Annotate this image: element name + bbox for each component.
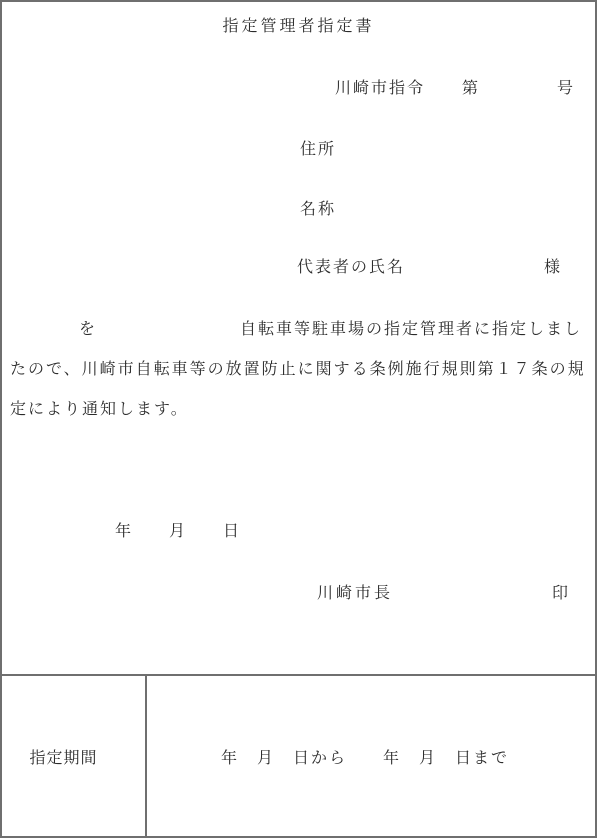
period-value-cell: 年 月 日から 年 月 日まで (147, 676, 595, 836)
date-line: 年 月 日 (115, 522, 241, 542)
mayor-signature-label: 川崎市長 (317, 584, 393, 604)
honorific-label: 様 (544, 258, 562, 278)
representative-name-label: 代表者の氏名 (297, 258, 405, 278)
body-line-3: 定により通知します。 (10, 400, 189, 420)
address-label: 住所 (300, 140, 336, 160)
designation-period-table: 指定期間 年 月 日から 年 月 日まで (2, 674, 595, 836)
name-label: 名称 (300, 200, 336, 220)
body-line-2: たので、川崎市自転車等の放置防止に関する条例施行規則第１７条の規 (10, 360, 586, 380)
seal-mark: 印 (552, 584, 570, 604)
directive-issuer-label: 川崎市指令 (335, 79, 425, 99)
directive-dai-label: 第 (462, 79, 480, 99)
body-particle: を (79, 320, 97, 340)
directive-number-go-label: 号 (557, 79, 575, 99)
designation-document-page: 指定管理者指定書 川崎市指令 第 号 住所 名称 代表者の氏名 様 を 自転車等… (0, 0, 597, 838)
period-label-cell: 指定期間 (2, 676, 147, 836)
body-line-1: 自転車等駐車場の指定管理者に指定しまし (240, 320, 582, 340)
document-title: 指定管理者指定書 (2, 17, 595, 37)
